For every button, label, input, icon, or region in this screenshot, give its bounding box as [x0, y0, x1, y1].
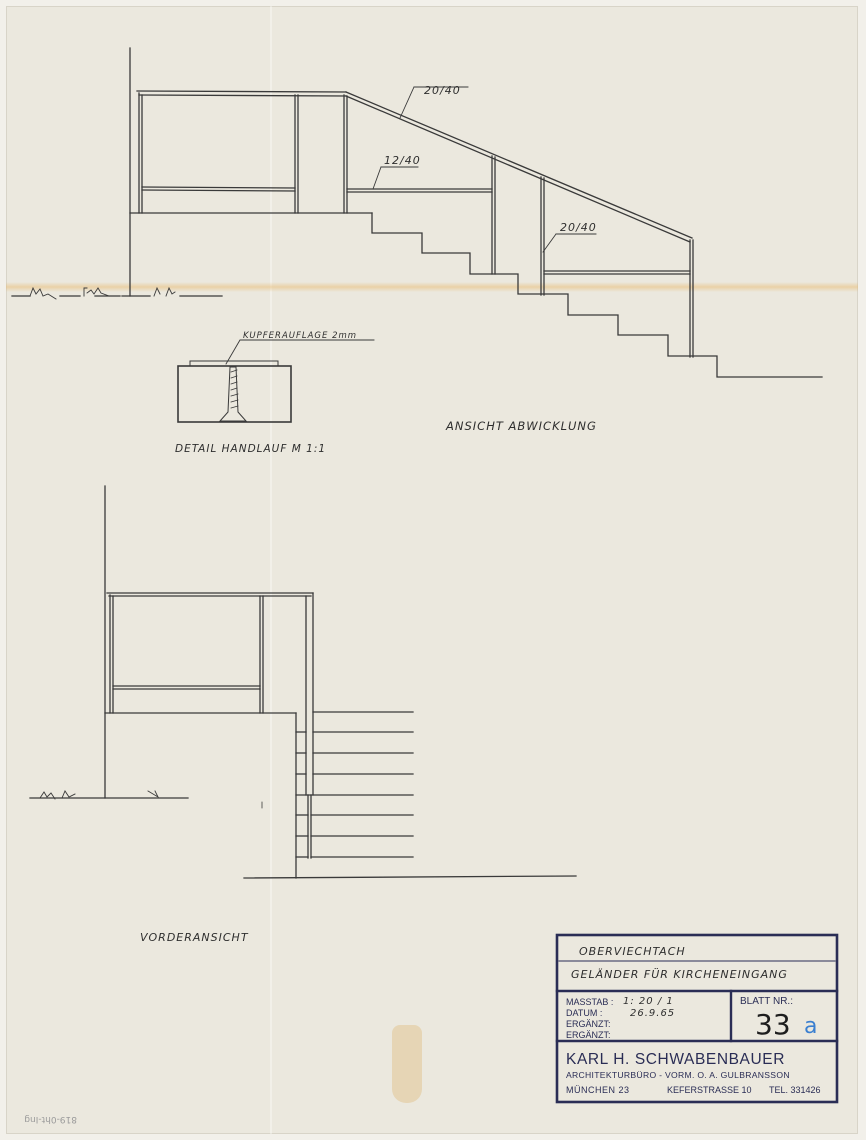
front-view-drawing	[30, 486, 576, 878]
pencil-margin-note: 819-0ht-Ing	[24, 1114, 77, 1124]
architect-office: ARCHITEKTURBÜRO - VORM. O. A. GULBRANSSO…	[566, 1070, 790, 1080]
mid-rail-dimension-label: 12/40	[384, 154, 421, 167]
amended-2-label: ERGÄNZT:	[566, 1030, 611, 1040]
project-subject: GELÄNDER FÜR KIRCHENEINGANG	[571, 968, 788, 981]
scale-value: 1: 20 / 1	[623, 996, 674, 1007]
architect-name: KARL H. SCHWABENBAUER	[566, 1051, 785, 1068]
office-phone: TEL. 331426	[769, 1085, 821, 1095]
project-location: OBERVIECHTACH	[579, 945, 686, 958]
top-rail-dimension-label: 20/40	[424, 84, 461, 97]
architectural-drawing: 20/40 12/40 20/40 ANSICHT ABWICKLUNG KUP…	[0, 0, 866, 1140]
post-dimension-label: 20/40	[560, 221, 597, 234]
handrail-detail-drawing	[178, 340, 374, 422]
office-city: MÜNCHEN 23	[566, 1085, 630, 1095]
copper-overlay-callout: KUPFERAUFLAGE 2mm	[243, 331, 357, 341]
amended-1-label: ERGÄNZT:	[566, 1019, 611, 1029]
elevation-development-drawing	[12, 48, 822, 377]
office-street: KEFERSTRASSE 10	[667, 1085, 752, 1095]
sheet-number-label: BLATT NR.:	[740, 996, 793, 1007]
sheet-number-suffix: a	[804, 1014, 817, 1039]
date-value: 26.9.65	[630, 1008, 675, 1019]
scale-label: MASSTAB :	[566, 997, 613, 1007]
sheet-number-value: 33	[755, 1008, 791, 1041]
date-label: DATUM :	[566, 1008, 602, 1018]
elevation-development-title: ANSICHT ABWICKLUNG	[445, 419, 597, 433]
handrail-detail-title: DETAIL HANDLAUF M 1:1	[175, 443, 326, 455]
front-view-title: VORDERANSICHT	[140, 931, 249, 944]
